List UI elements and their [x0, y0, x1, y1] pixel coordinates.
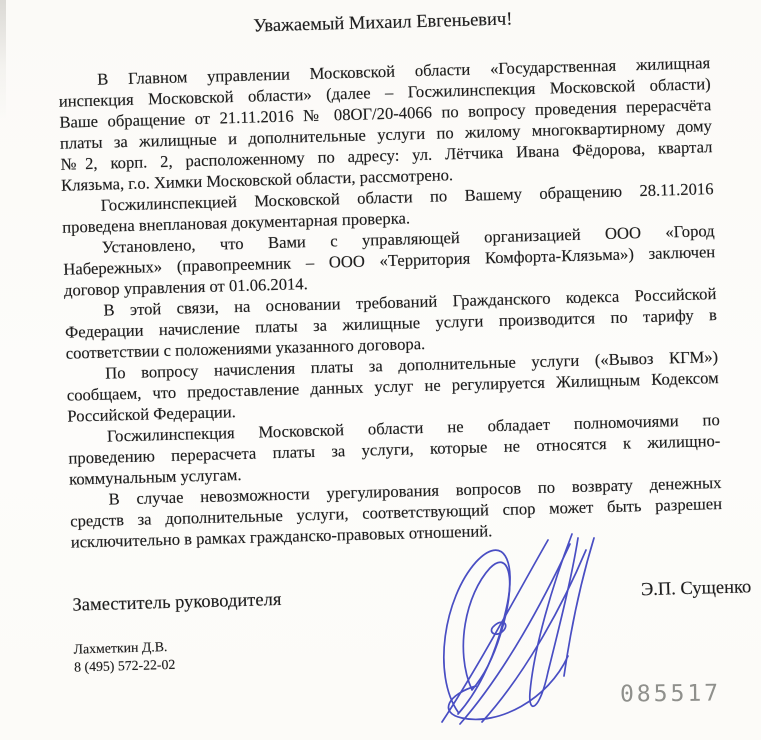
letter-body: Уважаемый Михаил Евгеньевич! В Главном у…: [57, 3, 726, 675]
scanned-letter-page: Уважаемый Михаил Евгеньевич! В Главном у…: [0, 0, 761, 740]
scan-edge-shadow: [0, 0, 6, 120]
signature-row: Заместитель руководителя Э.П. Сущенко: [72, 577, 724, 618]
paragraph-1: В Главном управлении Московской области …: [58, 52, 713, 196]
salutation: Уважаемый Михаил Евгеньевич!: [57, 3, 709, 43]
executor-block: Лахметкин Д.В. 8 (495) 572-22-02: [73, 623, 726, 676]
position-title: Заместитель руководителя: [72, 589, 281, 618]
signer-name: Э.П. Сущенко: [641, 576, 752, 602]
stamp-number: 085517: [620, 680, 721, 707]
